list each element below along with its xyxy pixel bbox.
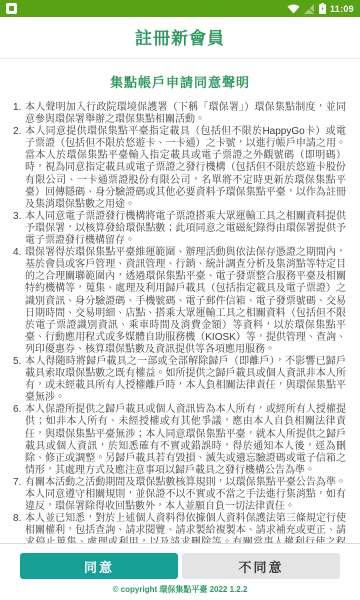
- app-notification-icon: [6, 3, 17, 14]
- page-header: 註冊新會員: [0, 17, 360, 59]
- signal-off-icon: [304, 4, 315, 14]
- agreement-item: 本人同意提供環保集點平臺指定載具（包括但不限於HappyGo卡）或電子票證（包括…: [14, 126, 346, 211]
- agreement-item: 本人聲明加入行政院環境保護署（下稱「環保署」）環保集點制度，並同意參與環保署舉辦…: [14, 102, 346, 126]
- status-time: 11:09: [330, 4, 354, 14]
- agreement-terms-list: 本人聲明加入行政院環境保護署（下稱「環保署」）環保集點制度，並同意參與環保署舉辦…: [14, 102, 346, 543]
- status-bar: 11:09: [0, 0, 360, 17]
- agreement-scroll-area[interactable]: 集點帳戶申請同意聲明 本人聲明加入行政院環境保護署（下稱「環保署」）環保集點制度…: [0, 59, 360, 543]
- agree-button[interactable]: 同意: [20, 553, 178, 579]
- agreement-item: 有關本活動之活動期間及環保點數核算規則，以環保集點平臺公告為準。本人同意遵守相關…: [14, 477, 346, 513]
- agreement-item: 本人得隨時將歸戶載具之一部或全部解除歸戶（即離戶），不影響已歸戶載具索取環保點數…: [14, 356, 346, 404]
- disagree-button[interactable]: 不同意: [182, 553, 340, 579]
- agreement-item: 本人同意電子票證發行機構將電子票證搭乘大眾運輸工具之相關資料提供予環保署，以核算…: [14, 211, 346, 247]
- battery-icon: [319, 3, 326, 14]
- copyright-text: © copyright 環保集點平臺 2022 1.2.2: [0, 584, 360, 600]
- agreement-item: 本人並已知悉，對於上述個人資料得依據個人資料保護法第三條規定行使相關權利，包括查…: [14, 513, 346, 543]
- action-button-row: 同意 不同意: [0, 544, 360, 584]
- agreement-item: 本人保證所提供之歸戶載具或個人資訊皆為本人所有，或經所有人授權提供；如非本人所有…: [14, 404, 346, 477]
- wifi-icon: [287, 4, 300, 14]
- agreement-title: 集點帳戶申請同意聲明: [14, 72, 346, 91]
- agreement-item: 環保署得於環保集點平臺維運範圍、辦理活動與依法保存憑證之期間內，基於會員或客戶管…: [14, 247, 346, 356]
- page-title: 註冊新會員: [0, 24, 360, 49]
- bottom-bar: 同意 不同意 © copyright 環保集點平臺 2022 1.2.2: [0, 543, 360, 600]
